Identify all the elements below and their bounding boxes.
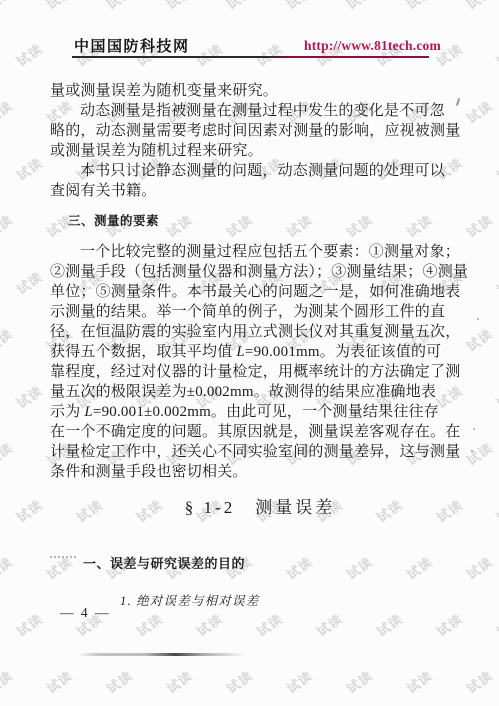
trial-read-watermark: 试读: [162, 666, 196, 698]
trial-read-watermark: 试读: [252, 609, 286, 641]
trial-read-watermark: 试读: [222, 666, 256, 698]
trial-read-watermark: 试读: [372, 609, 406, 641]
trial-read-watermark: 试读: [252, 39, 286, 71]
site-url: http://www.81tech.com: [304, 38, 441, 54]
page-number: — 4 —: [60, 605, 111, 621]
trial-read-watermark: 试读: [12, 609, 46, 641]
body-line: 示测量的结果。举一个简单的例子，为测某个圆形工件的直: [50, 302, 470, 322]
trial-read-watermark: 试读: [0, 96, 16, 128]
trial-read-watermark: 试读: [162, 0, 196, 13]
trial-read-watermark: 试读: [282, 666, 316, 698]
trial-read-watermark: 试读: [0, 552, 16, 584]
trial-read-watermark: 试读: [102, 0, 136, 13]
trial-read-watermark: 试读: [342, 0, 376, 13]
body-line: 一个比较完整的测量过程应包括五个要素：①测量对象；: [50, 242, 470, 262]
body-line: 示为 L=90.001±0.002mm。由此可见，一个测量结果往往存: [50, 402, 470, 422]
chapter-heading: § 1-2 测量误差: [50, 496, 470, 520]
trial-read-watermark: 试读: [312, 609, 346, 641]
body-line: 动态测量是指被测量在测量过程中发生的变化是不可忽: [50, 101, 470, 121]
trial-read-watermark: 试读: [402, 0, 436, 13]
body-line: 或测量误差为随机过程来研究。: [50, 141, 470, 161]
trial-read-watermark: 试读: [12, 267, 46, 299]
trial-read-watermark: 试读: [432, 609, 466, 641]
trial-read-watermark: 试读: [222, 0, 256, 13]
trial-read-watermark: 试读: [132, 609, 166, 641]
scan-speck: [471, 450, 473, 452]
body-line: 略的，动态测量需要考虑时间因素对测量的影响，应视被测量: [50, 121, 470, 141]
item-heading: 1. 绝对误差与相对误差: [120, 591, 470, 611]
body-line: 获得五个数据，取其平均值 L=90.001mm。为表征该值的可: [50, 342, 470, 362]
trial-read-watermark: 试读: [12, 381, 46, 413]
trial-read-watermark: 试读: [192, 609, 226, 641]
trial-read-watermark: 试读: [0, 666, 16, 698]
scanned-page: 试读试读试读试读试读试读试读试读试读试读试读试读试读试读试读试读试读试读试读试读…: [0, 0, 499, 706]
site-name: 中国国防科技网: [74, 35, 190, 56]
trial-read-watermark: 试读: [282, 0, 316, 13]
trial-read-watermark: 试读: [12, 495, 46, 527]
trial-read-watermark: 试读: [402, 666, 436, 698]
scan-speck: [473, 428, 475, 430]
scan-speck: [477, 318, 479, 320]
trial-read-watermark: 试读: [492, 39, 499, 71]
trial-read-watermark: 试读: [492, 381, 499, 413]
trial-read-watermark: 试读: [492, 153, 499, 185]
trial-read-watermark: 试读: [0, 210, 16, 242]
trial-read-watermark: 试读: [462, 0, 496, 13]
body-line: 量五次的极限误差为±0.002mm。故测得的结果应准确地表: [50, 382, 470, 402]
section-heading: 三、测量的要素: [68, 211, 470, 231]
trial-read-watermark: 试读: [492, 495, 499, 527]
scan-smudge-line: [78, 653, 246, 656]
page-content: 量或测量误差为随机变量来研究。动态测量是指被测量在测量过程中发生的变化是不可忽略…: [50, 81, 470, 611]
trial-read-watermark: 试读: [12, 153, 46, 185]
trial-read-watermark: 试读: [492, 609, 499, 641]
trial-read-watermark: 试读: [0, 438, 16, 470]
body-line: 本书只讨论静态测量的问题，动态测量问题的处理可以: [50, 161, 470, 181]
body-line: 条件和测量手段也密切相关。: [50, 462, 470, 482]
header-rule: [72, 56, 429, 58]
body-line: 靠程度，经过对仪器的计量检定，用概率统计的方法确定了测: [50, 362, 470, 382]
trial-read-watermark: 试读: [342, 666, 376, 698]
trial-read-watermark: 试读: [42, 666, 76, 698]
trial-read-watermark: 试读: [12, 39, 46, 71]
trial-read-watermark: 试读: [102, 666, 136, 698]
body-line: 单位；⑤测量条件。本书最关心的问题之一是，如何准确地表: [50, 282, 470, 302]
body-line: ②测量手段（包括测量仪器和测量方法）；③测量结果；④测量: [50, 262, 470, 282]
body-line: 径，在恒温防震的实验室内用立式测长仪对其重复测量五次，: [50, 322, 470, 342]
subsection-heading: 一、误差与研究误差的目的: [83, 554, 470, 574]
trial-read-watermark: 试读: [0, 0, 16, 13]
trial-read-watermark: 试读: [42, 0, 76, 13]
trial-read-watermark: 试读: [462, 666, 496, 698]
trial-read-watermark: 试读: [0, 324, 16, 356]
body-line: 计量检定工作中，还关心不同实验室间的测量差异，这与测量: [50, 442, 470, 462]
trial-read-watermark: 试读: [192, 39, 226, 71]
trial-read-watermark: 试读: [492, 267, 499, 299]
body-line: 查阅有关书籍。: [50, 181, 470, 201]
body-line: 在一个不确定度的问题。其原因就是，测量误差客观存在。在: [50, 422, 470, 442]
body-line: 量或测量误差为随机变量来研究。: [50, 81, 470, 101]
